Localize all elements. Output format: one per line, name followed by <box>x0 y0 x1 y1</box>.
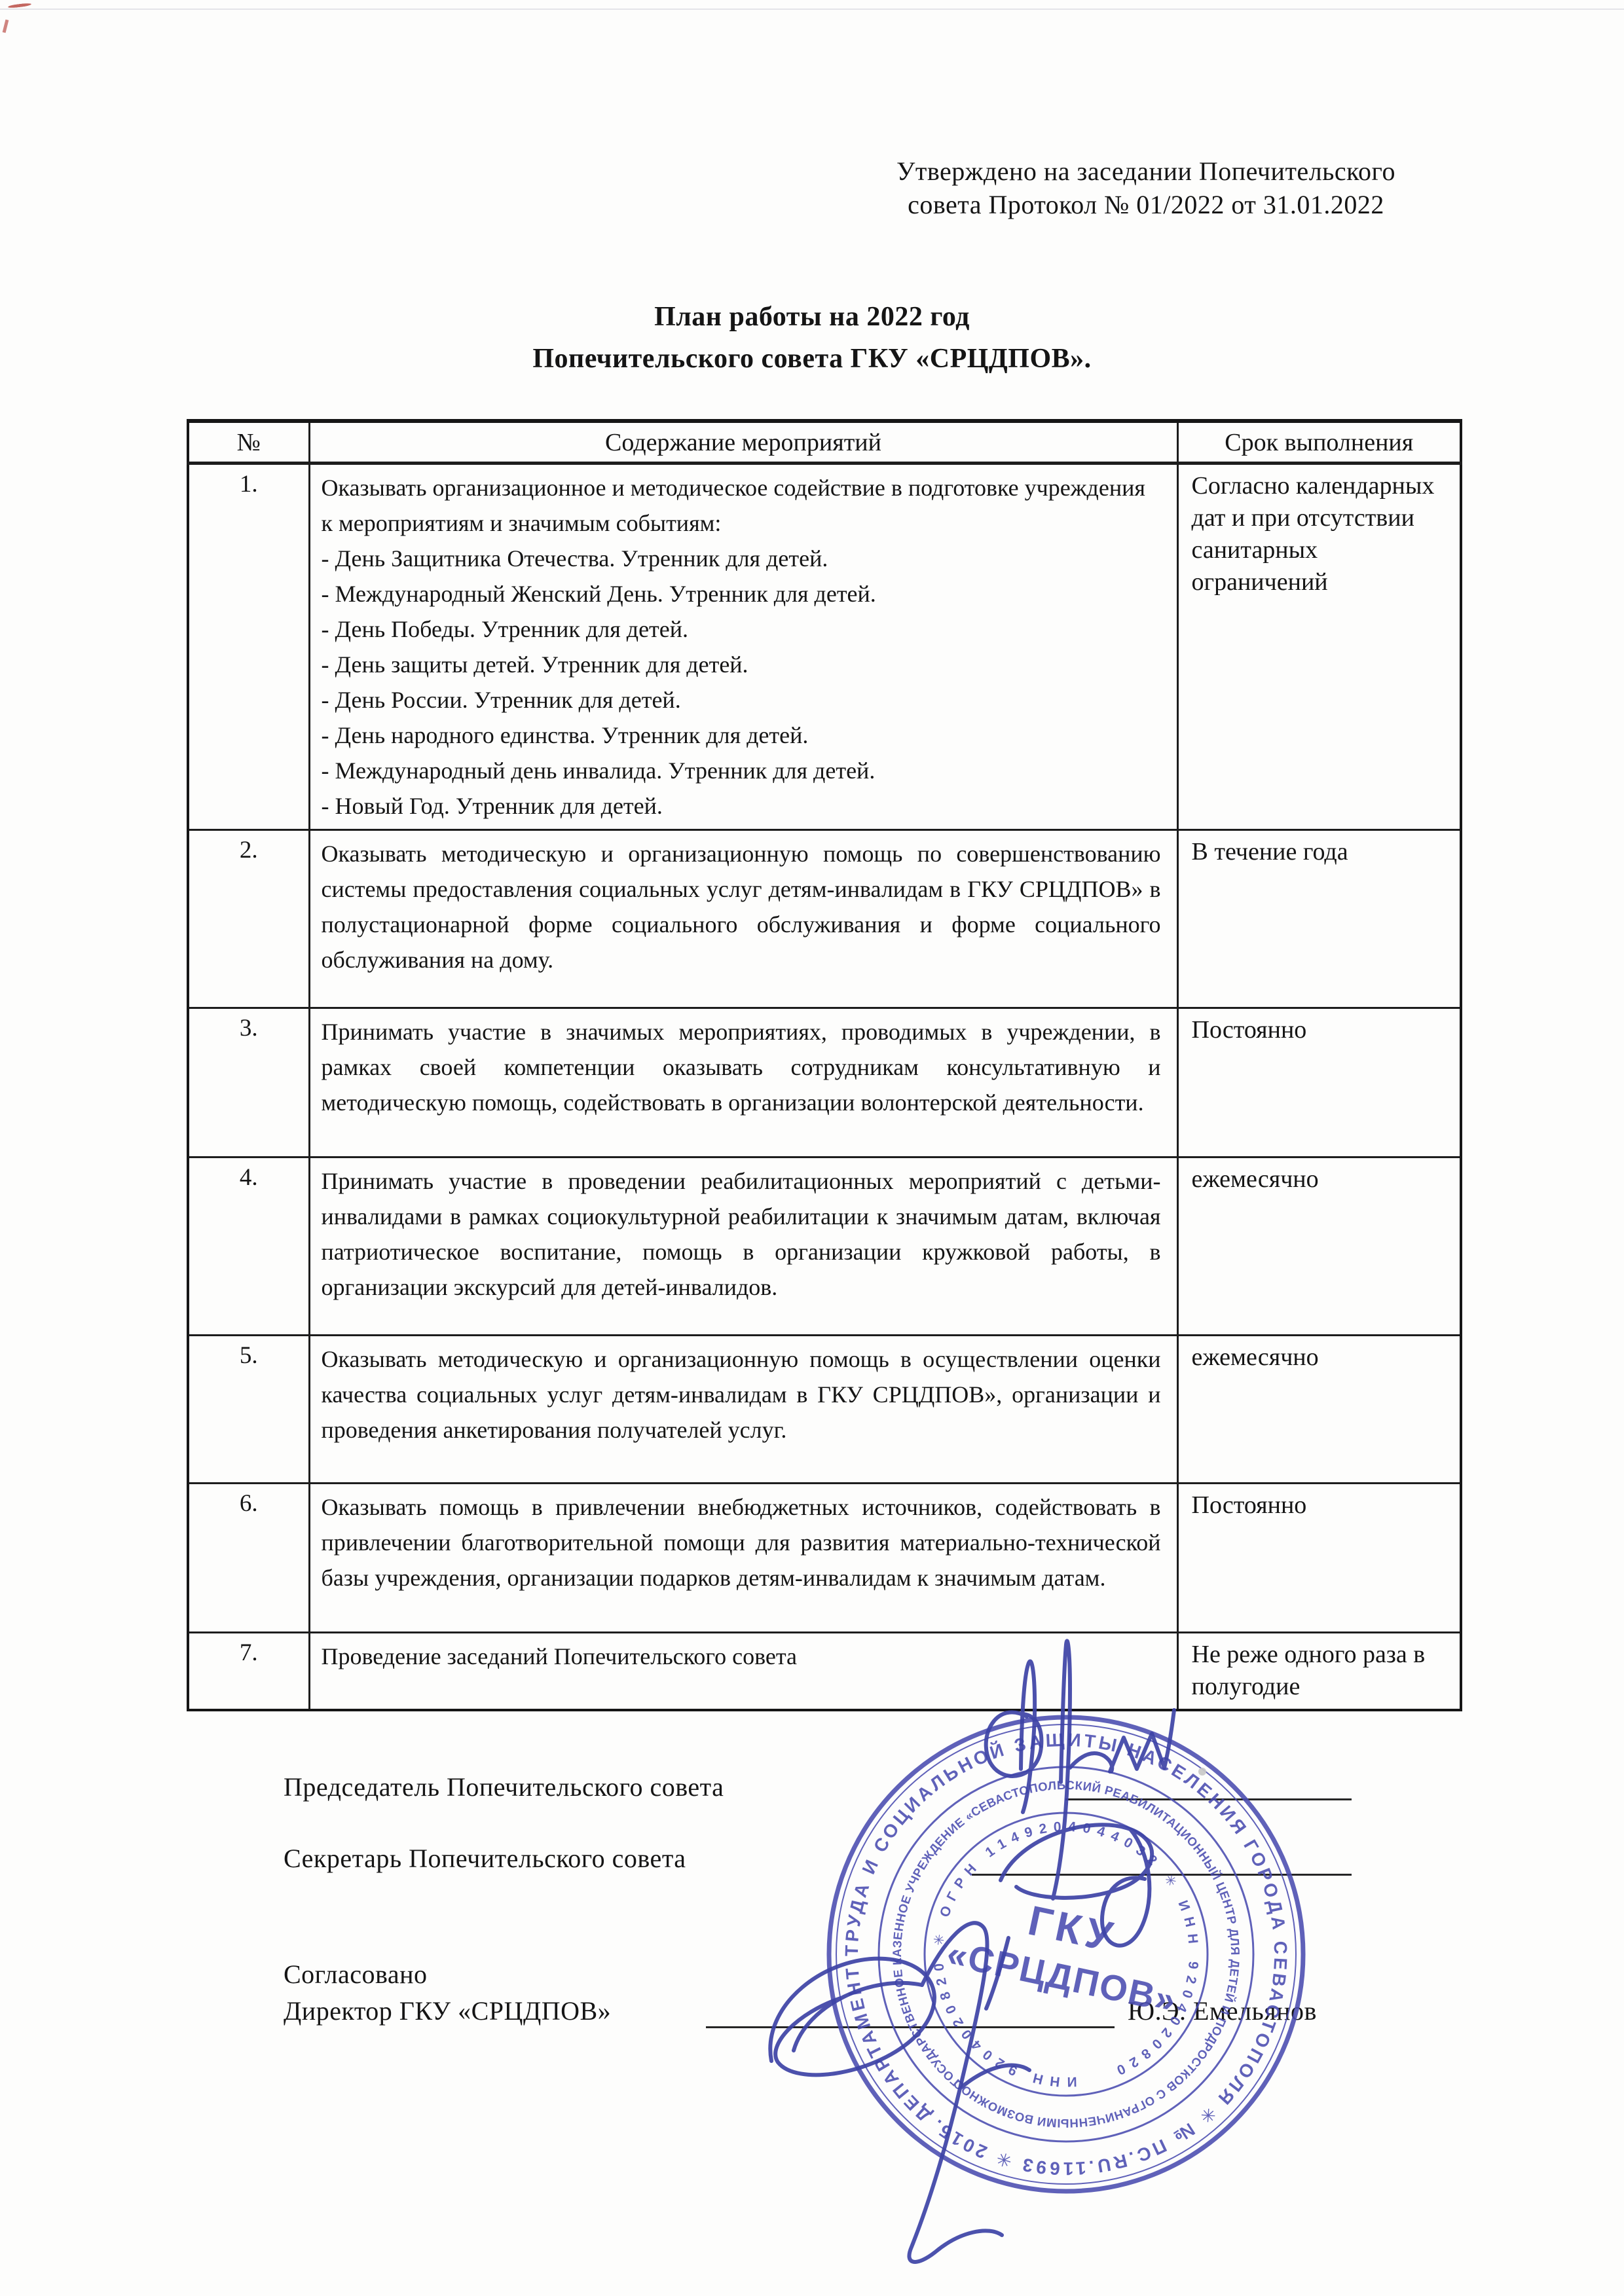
row-term: Постоянно <box>1177 1484 1461 1633</box>
title-line-2: Попечительского совета ГКУ «СРЦДПОВ». <box>0 338 1624 380</box>
agreed-label: Согласовано <box>284 1959 428 1990</box>
row-content: Оказывать организационное и методическое… <box>309 464 1177 830</box>
row-content: Принимать участие в значимых мероприятия… <box>309 1008 1177 1157</box>
row-term: ежемесячно <box>1177 1336 1461 1484</box>
table-row: 3. Принимать участие в значимых мероприя… <box>188 1008 1461 1157</box>
event-item: - День защиты детей. Утренник для детей. <box>322 647 1161 682</box>
approval-line-1: Утверждено на заседании Попечительского <box>837 155 1455 188</box>
event-item: - День Защитника Отечества. Утренник для… <box>322 541 1161 576</box>
column-header-number: № <box>188 421 309 464</box>
event-item: - День России. Утренник для детей. <box>322 682 1161 718</box>
approval-note: Утверждено на заседании Попечительского … <box>837 155 1455 221</box>
row-term: В течение года <box>1177 830 1461 1008</box>
table-row: 5. Оказывать методическую и организацион… <box>188 1336 1461 1484</box>
table-row: 6. Оказывать помощь в привлечении внебюд… <box>188 1484 1461 1633</box>
row-number: 5. <box>188 1336 309 1484</box>
scanner-edge-artifact <box>0 9 1624 10</box>
table-row: 7. Проведение заседаний Попечительского … <box>188 1633 1461 1711</box>
chairman-label: Председатель Попечительского совета <box>284 1772 724 1802</box>
row-content: Оказывать помощь в привлечении внебюджет… <box>309 1484 1177 1633</box>
row-number: 6. <box>188 1484 309 1633</box>
row-number: 4. <box>188 1157 309 1336</box>
row-content: Оказывать методическую и организационную… <box>309 1336 1177 1484</box>
table-row: 1. Оказывать организационное и методичес… <box>188 464 1461 830</box>
document-title: План работы на 2022 год Попечительского … <box>0 296 1624 380</box>
row-number: 7. <box>188 1633 309 1711</box>
event-item: - День народного единства. Утренник для … <box>322 718 1161 753</box>
stamp-outer-inner-circle <box>836 1724 1296 2184</box>
row-term: Постоянно <box>1177 1008 1461 1157</box>
event-item: - День Победы. Утренник для детей. <box>322 611 1161 647</box>
event-item: - Международный день инвалида. Утренник … <box>322 753 1161 788</box>
row-number: 2. <box>188 830 309 1008</box>
column-header-term: Срок выполнения <box>1177 421 1461 464</box>
red-ink-speck <box>8 3 31 9</box>
director-label: Директор ГКУ «СРЦДПОВ» <box>284 1995 611 2026</box>
row-content: Принимать участие в проведении реабилита… <box>309 1157 1177 1336</box>
row-content: Проведение заседаний Попечительского сов… <box>309 1633 1177 1711</box>
row-term: Не реже одного раза в полугодие <box>1177 1633 1461 1711</box>
work-plan-table: № Содержание мероприятий Срок выполнения… <box>187 419 1462 1711</box>
scanned-document-page: Утверждено на заседании Попечительского … <box>0 0 1624 2296</box>
table-header-row: № Содержание мероприятий Срок выполнения <box>188 421 1461 464</box>
stamp-ring-middle-text: ГОСУДАРСТВЕННОЕ КАЗЕННОЕ УЧРЕЖДЕНИЕ «СЕВ… <box>824 1712 1308 2196</box>
row-term: Согласно календарных дат и при отсутстви… <box>1177 464 1461 830</box>
event-item: - Новый Год. Утренник для детей. <box>322 788 1161 824</box>
row-number: 1. <box>188 464 309 830</box>
svg-text:ГОСУДАРСТВЕННОЕ КАЗЕННОЕ УЧРЕЖ: ГОСУДАРСТВЕННОЕ КАЗЕННОЕ УЧРЕЖДЕНИЕ «СЕВ… <box>824 1712 1308 2196</box>
secretary-label: Секретарь Попечительского совета <box>284 1843 686 1874</box>
table-row: 4. Принимать участие в проведении реабил… <box>188 1157 1461 1336</box>
row-term: ежемесячно <box>1177 1157 1461 1336</box>
row-content: Оказывать методическую и организационную… <box>309 830 1177 1008</box>
title-line-1: План работы на 2022 год <box>0 296 1624 338</box>
red-ink-speck <box>3 20 9 33</box>
approval-line-2: совета Протокол № 01/2022 от 31.01.2022 <box>837 188 1455 221</box>
event-item: - Международный Женский День. Утренник д… <box>322 576 1161 611</box>
row-content-text: Оказывать организационное и методическое… <box>322 470 1161 541</box>
column-header-content: Содержание мероприятий <box>309 421 1177 464</box>
official-stamp: ДЕПАРТАМЕНТ ТРУДА И СОЦИАЛЬНОЙ ЗАЩИТЫ НА… <box>824 1712 1308 2196</box>
table-row: 2. Оказывать методическую и организацион… <box>188 830 1461 1008</box>
row-number: 3. <box>188 1008 309 1157</box>
